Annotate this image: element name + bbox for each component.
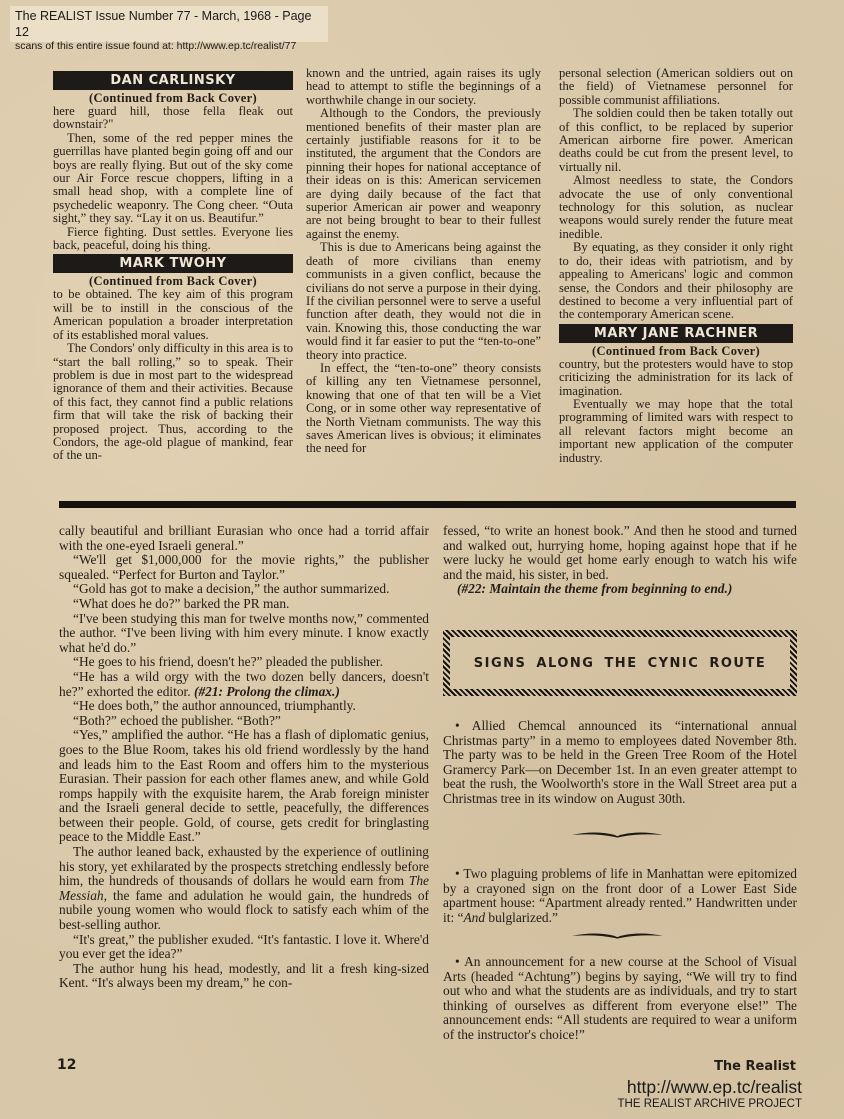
rule-note: (#22: Maintain the theme from beginning …: [443, 582, 797, 597]
paragraph: The author hung his head, modestly, and …: [59, 962, 429, 991]
signs-item-emphasis: And: [463, 910, 485, 925]
paragraph: “Gold has got to make a decision,” the a…: [59, 582, 429, 597]
paragraph: cally beautiful and brilliant Eurasian w…: [59, 524, 429, 553]
scan-source-link[interactable]: scans of this entire issue found at: htt…: [15, 40, 323, 53]
column-1: DAN CARLINSKY (Continued from Back Cover…: [53, 71, 293, 463]
paragraph: here guard hill, those fella fleak out d…: [53, 105, 293, 132]
paragraph: In effect, the “ten-to-one” theory consi…: [306, 362, 541, 456]
page-number: 12: [57, 1057, 76, 1073]
paragraph: “Yes,” amplified the author. “He has a f…: [59, 728, 429, 845]
continued-note: (Continued from Back Cover): [53, 91, 293, 105]
signs-item-text: • An announcement for a new course at th…: [443, 955, 797, 1043]
scan-banner: The REALIST Issue Number 77 - March, 196…: [10, 6, 328, 42]
paragraph: The author leaned back, exhausted by the…: [59, 845, 429, 933]
column-3: personal selection (American soldiers ou…: [559, 67, 793, 465]
signs-item-text: • Allied Chemcal announced its “internat…: [443, 719, 797, 807]
paragraph: Fierce fighting. Dust settles. Everyone …: [53, 226, 293, 253]
rule-note: (#21: Prolong the climax.): [194, 684, 340, 699]
story-column-left: cally beautiful and brilliant Eurasian w…: [59, 524, 429, 991]
signs-item: • An announcement for a new course at th…: [443, 955, 797, 1043]
byline-carlinsky: DAN CARLINSKY: [53, 71, 293, 90]
paragraph: Then, some of the red pepper mines the g…: [53, 132, 293, 226]
signs-item: • Two plaguing problems of life in Manha…: [443, 867, 797, 925]
signs-item: • Allied Chemcal announced its “internat…: [443, 719, 797, 807]
paragraph: “He does both,” the author announced, tr…: [59, 699, 429, 714]
scan-title: The REALIST Issue Number 77 - March, 196…: [15, 8, 323, 40]
story-column-right: fessed, “to write an honest book.” And t…: [443, 524, 797, 597]
signs-item-text: • Two plaguing problems of life in Manha…: [443, 867, 797, 925]
paragraph: The Condors' only difficulty in this are…: [53, 342, 293, 463]
paragraph: This is due to Americans being against t…: [306, 241, 541, 362]
archive-name: THE REALIST ARCHIVE PROJECT: [618, 1097, 802, 1111]
byline-rachner: MARY JANE RACHNER: [559, 324, 793, 343]
archive-credit: http://www.ep.tc/realist THE REALIST ARC…: [618, 1078, 802, 1111]
paragraph: By equating, as they consider it only ri…: [559, 241, 793, 321]
archive-url-link[interactable]: http://www.ep.tc/realist: [618, 1078, 802, 1097]
section-divider: [59, 501, 796, 508]
continued-note: (Continued from Back Cover): [53, 274, 293, 288]
paragraph: “I've been studying this man for twelve …: [59, 612, 429, 656]
paragraph: to be obtained. The key aim of this prog…: [53, 288, 293, 342]
column-2: known and the untried, again raises its …: [306, 67, 541, 456]
paragraph: known and the untried, again raises its …: [306, 67, 541, 107]
signs-item-text-b: bulglarized.”: [485, 910, 558, 925]
signs-heading: SIGNS ALONG THE CYNIC ROUTE: [474, 656, 766, 671]
paragraph: “Both?” echoed the publisher. “Both?”: [59, 714, 429, 729]
paragraph: country, but the protesters would have t…: [559, 358, 793, 398]
paragraph: fessed, “to write an honest book.” And t…: [443, 524, 797, 582]
paragraph: “We'll get $1,000,000 for the movie righ…: [59, 553, 429, 582]
paragraph: “It's great,” the publisher exuded. “It'…: [59, 933, 429, 962]
paragraph: Almost needless to state, the Condors ad…: [559, 174, 793, 241]
continued-note: (Continued from Back Cover): [559, 344, 793, 358]
paragraph: “He has a wild orgy with the two dozen b…: [59, 670, 429, 699]
paragraph: Eventually we may hope that the total pr…: [559, 398, 793, 465]
paragraph: personal selection (American soldiers ou…: [559, 67, 793, 107]
flourish-divider-icon: [570, 829, 665, 839]
masthead: The Realist: [714, 1059, 796, 1074]
paragraph: The soldien could then be taken totally …: [559, 107, 793, 174]
paragraph: Although to the Condors, the previously …: [306, 107, 541, 241]
paragraph-text: The author leaned back, exhausted by the…: [59, 844, 429, 888]
paragraph: “What does he do?” barked the PR man.: [59, 597, 429, 612]
byline-twohy: MARK TWOHY: [53, 254, 293, 273]
paragraph-text: the fame and adulation he would gain, th…: [59, 888, 429, 932]
signs-heading-box: SIGNS ALONG THE CYNIC ROUTE: [443, 630, 797, 696]
flourish-divider-icon: [570, 930, 665, 940]
paragraph: “He goes to his friend, doesn't he?” ple…: [59, 655, 429, 670]
